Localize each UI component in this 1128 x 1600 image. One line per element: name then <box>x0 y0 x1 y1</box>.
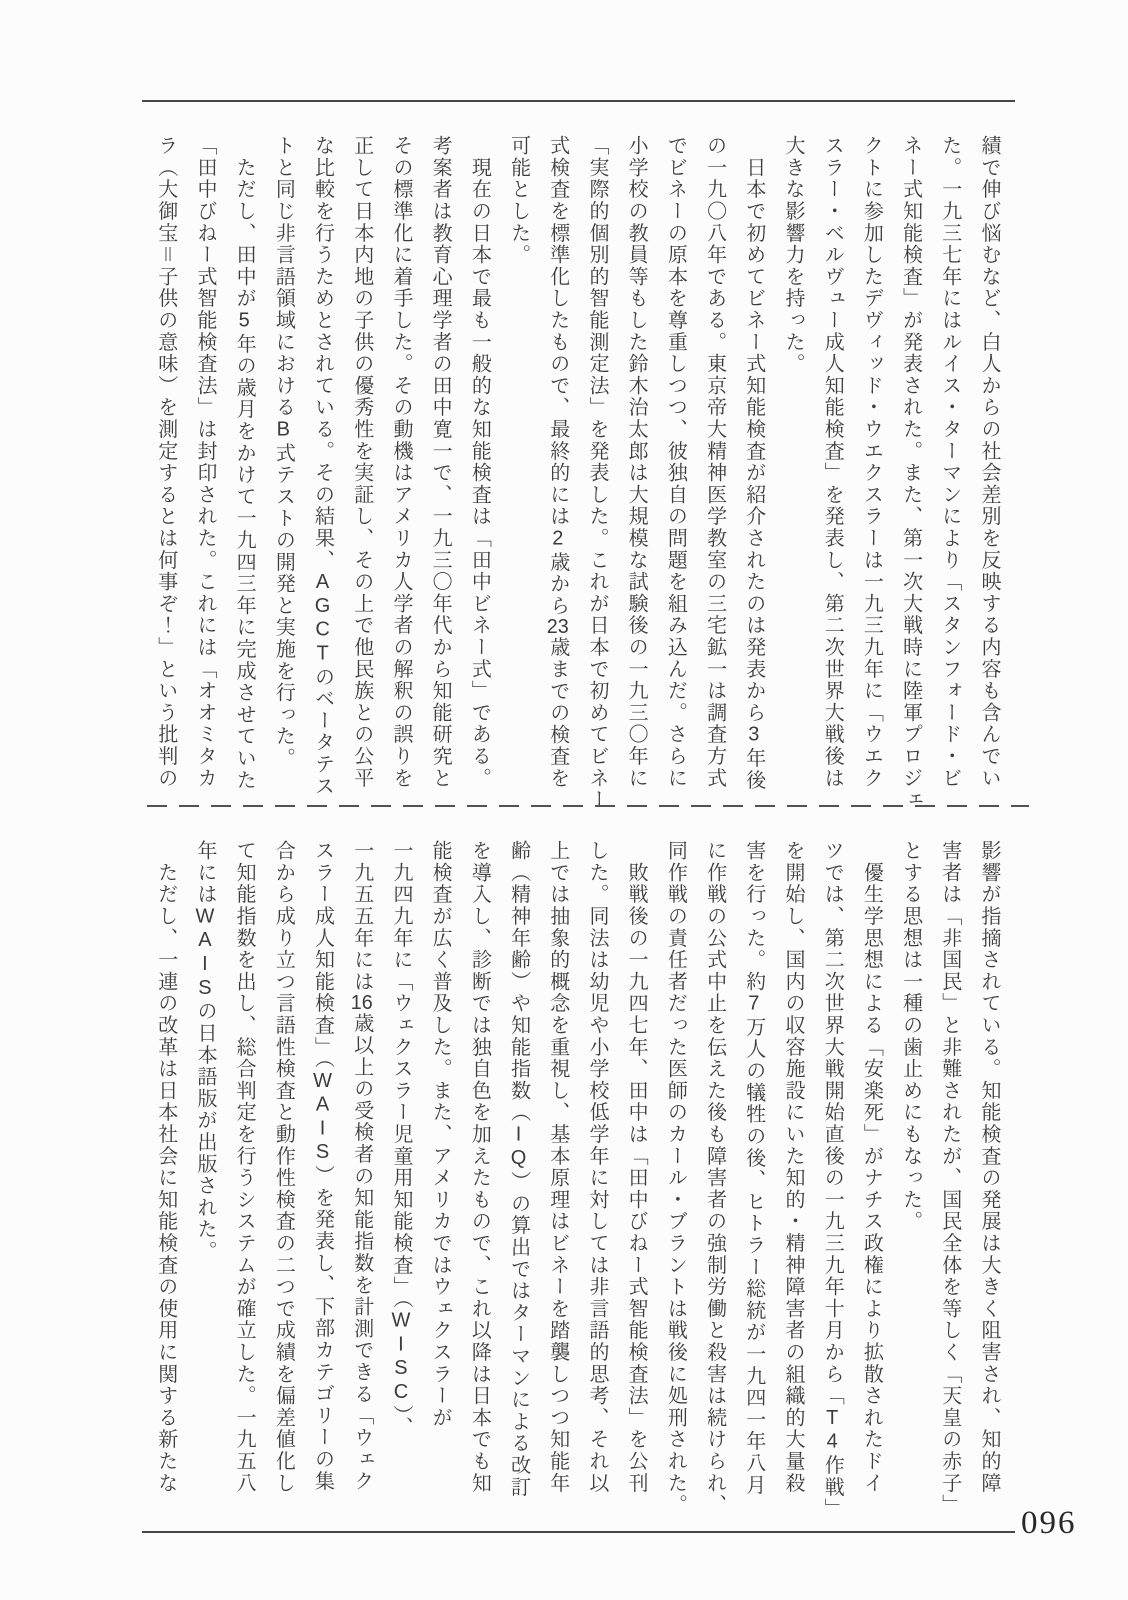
text-column: 大きな影響力を持った。 <box>773 135 812 789</box>
text-column: ツでは、第二次世界大戦開始直後の一九三九年十月から「T4作戦」 <box>812 840 851 1494</box>
text-column: 小学校の教員等もした鈴木治太郎は大規模な試験後の一九三〇年に <box>616 135 655 789</box>
text-column: 日本で初めてビネー式知能検査が紹介されたのは発表から3年後 <box>734 135 773 789</box>
text-column: 考案者は教育心理学者の田中寛一で、一九三〇年代から知能研究と <box>420 135 459 789</box>
text-column: た。一九三七年にはルイス・ターマンにより「スタンフォード・ビ <box>930 135 969 789</box>
text-column: トと同じ非言語領域におけるB式テストの開発と実施を行った。 <box>263 135 302 789</box>
document-page: 績で伸び悩むなど、白人からの社会差別を反映する内容も含んでい た。一九三七年には… <box>0 0 1128 1600</box>
text-column: とする思想は一種の歯止めにもなった。 <box>890 840 929 1494</box>
text-column: 害を行った。約7万人の犠牲の後、ヒトラー総統が一九四一年八月 <box>734 840 773 1494</box>
text-column: 年にはWAISの日本語版が出版された。 <box>185 840 224 1494</box>
text-column: 上では抽象的概念を重視し、基本原理はビネーを踏襲しつつ知能年 <box>538 840 577 1494</box>
text-column: を開始し、国内の収容施設にいた知的・精神障害者の組織的大量殺 <box>773 840 812 1494</box>
text-column: 績で伸び悩むなど、白人からの社会差別を反映する内容も含んでい <box>969 135 1008 789</box>
page-number: 096 <box>1021 1505 1077 1542</box>
text-column: その標準化に着手した。その動機はアメリカ人学者の解釈の誤りを <box>381 135 420 789</box>
text-column: な比較を行うためとされている。その結果、AGCTのベータテス <box>302 135 341 789</box>
text-column: でビネーの原本を尊重しつつ、彼独自の問題を組み込んだ。さらに <box>655 135 694 789</box>
text-column: スラー・ベルヴュー成人知能検査」を発表し、第二次世界大戦後は <box>812 135 851 789</box>
text-column: 可能とした。 <box>498 135 537 789</box>
text-column: ただし、田中が5年の歳月をかけて一九四三年に完成させていた <box>224 135 263 789</box>
dashed-divider <box>147 805 1029 807</box>
text-column: した。同法は幼児や小学校低学年に対しては非言語的思考、それ以 <box>577 840 616 1494</box>
text-column: 正して日本内地の子供の優秀性を実証し、その上で他民族との公平 <box>342 135 381 789</box>
text-column: 能検査が広く普及した。また、アメリカではウェクスラーが <box>420 840 459 1494</box>
bottom-text-block: 影響が指摘されている。知能検査の発展は大きく阻害され、知的障 害者は「非国民」と… <box>146 840 1008 1494</box>
text-column: て知能指数を出し、総合判定を行うシステムが確立した。一九五八 <box>224 840 263 1494</box>
text-column: スラー成人知能検査」（WAIS）を発表し、下部カテゴリーの集 <box>302 840 341 1494</box>
text-column: 敗戦後の一九四七年、田中は「田中びねー式智能検査法」を公刊 <box>616 840 655 1494</box>
top-text-block: 績で伸び悩むなど、白人からの社会差別を反映する内容も含んでい た。一九三七年には… <box>146 135 1008 789</box>
text-column: 齢（精神年齢）や知能指数（IQ）の算出ではターマンによる改訂 <box>498 840 537 1494</box>
text-column: クトに参加したデヴィッド・ウエクスラーは一九三九年に「ウエク <box>851 135 890 789</box>
text-column: 優生学思想による「安楽死」がナチス政権により拡散されたドイ <box>851 840 890 1494</box>
text-column: 式検査を標準化したもので、最終的には2歳から23歳までの検査を <box>538 135 577 789</box>
text-column: を導入し、診断では独自色を加えたもので、これ以降は日本でも知 <box>459 840 498 1494</box>
text-column: 一九四九年に「ウェクスラー児童用知能検査」（WISC）、 <box>381 840 420 1494</box>
top-rule <box>142 100 1015 102</box>
text-column: の一九〇八年である。東京帝大精神医学教室の三宅鉱一は調査方式 <box>694 135 733 789</box>
text-column: 現在の日本で最も一般的な知能検査は「田中ビネー式」である。 <box>459 135 498 789</box>
text-column: に作戦の公式中止を伝えた後も障害者の強制労働と殺害は続けられ、 <box>694 840 733 1494</box>
text-column: 同作戦の責任者だった医師のカール・ブラントは戦後に処刑された。 <box>655 840 694 1494</box>
text-column: 害者は「非国民」と非難されたが、国民全体を等しく「天皇の赤子」 <box>930 840 969 1494</box>
text-column: ラ（大御宝＝子供の意味）を測定するとは何事ぞ！」という批判の <box>146 135 185 789</box>
text-column: ネー式知能検査」が発表された。また、第一次大戦時に陸軍プロジェ <box>890 135 929 789</box>
text-column: ただし、一連の改革は日本社会に知能検査の使用に関する新たな <box>146 840 185 1494</box>
text-column: 合から成り立つ言語性検査と動作性検査の二つで成績を偏差値化し <box>263 840 302 1494</box>
text-column: 「実際的個別的智能測定法」を発表した。これが日本で初めてビネー <box>577 135 616 789</box>
text-column: 「田中びねー式智能検査法」は封印された。これには「オオミタカ <box>185 135 224 789</box>
text-column: 影響が指摘されている。知能検査の発展は大きく阻害され、知的障 <box>969 840 1008 1494</box>
text-column: 一九五五年には16歳以上の受検者の知能指数を計測できる「ウェク <box>342 840 381 1494</box>
bottom-rule <box>142 1531 1015 1533</box>
